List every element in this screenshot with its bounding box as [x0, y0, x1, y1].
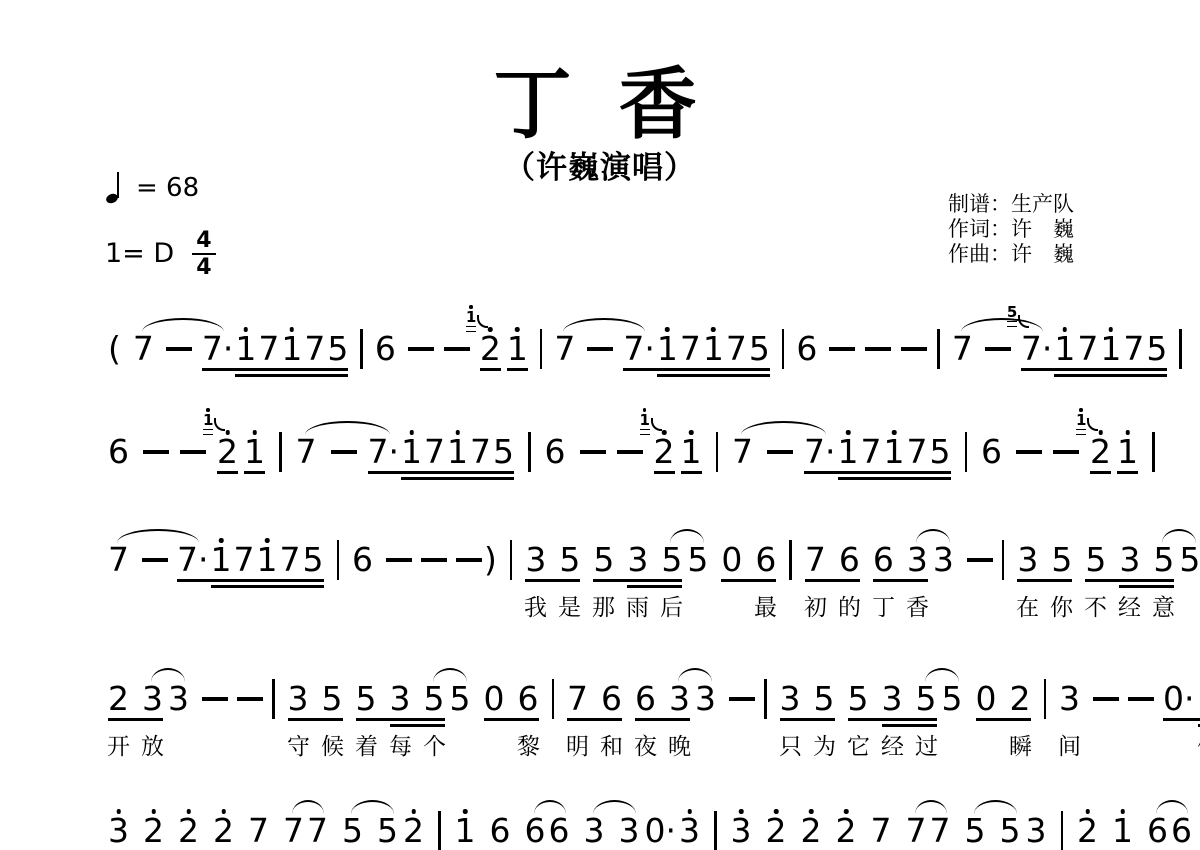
extension-dash: [1053, 435, 1079, 469]
slur-arc: [916, 529, 950, 543]
octave-dot: [662, 430, 667, 435]
barline: [1061, 811, 1064, 850]
note: 6: [490, 814, 511, 848]
time-signature-top: 4: [192, 229, 215, 255]
note: 5: [1146, 332, 1167, 366]
note: 21: [480, 332, 501, 366]
slur-arc: [961, 318, 1044, 332]
slur-arc: [351, 800, 394, 814]
beam-underline: [635, 718, 690, 721]
lyric-syllable: 候: [321, 728, 344, 761]
note: 7: [470, 435, 491, 469]
note: 3: [288, 682, 309, 716]
note: 2: [178, 814, 199, 848]
beam-underline: [211, 585, 324, 588]
octave-dot: [774, 809, 779, 814]
octave-dot: [1098, 430, 1103, 435]
note: 1: [211, 543, 232, 577]
lyric-syllable: 放: [141, 728, 164, 761]
note: 3: [933, 543, 954, 577]
lyric-syllable: 黎: [517, 728, 540, 761]
beam-underline: [1163, 718, 1200, 721]
note: 3: [679, 814, 700, 848]
extension-dash: [444, 332, 470, 366]
credit-line-lyricist: 作词：许 巍: [948, 217, 1074, 242]
barline: [528, 432, 531, 472]
note: 3: [168, 682, 189, 716]
lyric-syllable: 过: [915, 728, 938, 761]
beam-underline: [873, 579, 928, 582]
note: 0: [484, 682, 505, 716]
note: 0: [721, 543, 742, 577]
note: 7: [1123, 332, 1144, 366]
beam-underline: [507, 368, 528, 371]
note: 5: [1085, 543, 1106, 577]
note: 1: [235, 332, 256, 366]
note: 3: [1017, 543, 1038, 577]
lyric-syllable: 是: [558, 589, 581, 622]
note: 7: [726, 332, 747, 366]
octave-dot: [221, 809, 226, 814]
time-signature: 4 4: [192, 229, 215, 279]
beam-underline: [244, 471, 265, 474]
extension-dash: [202, 682, 228, 716]
slur-arc: [1156, 800, 1188, 814]
extension-dash: [331, 435, 357, 469]
note: 1: [703, 332, 724, 366]
beam-underline: [1090, 471, 1111, 474]
note: 5: [814, 682, 835, 716]
note: 0: [976, 682, 997, 716]
lyric-syllable: 丁: [872, 589, 895, 622]
lyric-syllable: 你: [1050, 589, 1073, 622]
octave-dot: [739, 809, 744, 814]
note: 7: [424, 435, 445, 469]
beam-underline: [780, 718, 835, 721]
note: 6: [518, 682, 539, 716]
lyric-syllable: 只: [779, 728, 802, 761]
beam-underline: [1085, 579, 1174, 582]
lyric-syllable: 最: [754, 589, 777, 622]
beam-underline: [202, 368, 348, 371]
note: 7: [296, 435, 317, 469]
note: 3: [907, 543, 928, 577]
note: 5: [1179, 543, 1200, 577]
note: 5: [1051, 543, 1072, 577]
note: 7: [234, 543, 255, 577]
note: 2: [766, 814, 787, 848]
note: 21: [1090, 435, 1111, 469]
beam-underline: [721, 579, 776, 582]
octave-dot: [411, 809, 416, 814]
note: 6: [549, 814, 570, 848]
note: 3: [1119, 543, 1140, 577]
extension-dash: [142, 543, 168, 577]
note: 6: [1171, 814, 1192, 848]
note: 2: [143, 814, 164, 848]
octave-dot: [892, 430, 897, 435]
note: 7·: [202, 332, 234, 366]
beam-underline: [484, 718, 539, 721]
slur-arc: [915, 800, 947, 814]
beam-underline: [567, 718, 622, 721]
beam-underline: [217, 471, 238, 474]
note: 6: [635, 682, 656, 716]
grace-note: 1: [466, 305, 476, 332]
extension-dash: [617, 435, 643, 469]
octave-dot: [252, 430, 257, 435]
octave-dot: [515, 327, 520, 332]
note: 7·: [368, 435, 400, 469]
barline: [540, 329, 543, 369]
note: 6: [601, 682, 622, 716]
beam-underline: [976, 718, 1031, 721]
note: 7: [248, 814, 269, 848]
beam-underline: [627, 585, 682, 588]
grace-note: 1: [640, 408, 650, 435]
note: 1: [838, 435, 859, 469]
beam-underline: [804, 471, 951, 474]
lyric-syllable: 着: [355, 728, 378, 761]
note: 7: [732, 435, 753, 469]
octave-dot: [689, 430, 694, 435]
note: 5: [424, 682, 445, 716]
note: 7: [930, 814, 951, 848]
extension-dash: [1093, 682, 1119, 716]
note: 21: [217, 435, 238, 469]
beam-underline: [681, 471, 702, 474]
note: 5: [848, 682, 869, 716]
note: 1: [1112, 814, 1133, 848]
note: 1: [657, 332, 678, 366]
lyric-syllable: 我: [524, 589, 547, 622]
octave-dot: [1063, 327, 1068, 332]
slur-arc: [433, 668, 467, 682]
grace-hook: [651, 418, 662, 431]
credits-block: 制谱：生产队 作词：许 巍 作曲：许 巍: [948, 192, 1074, 267]
note: 6: [545, 435, 566, 469]
octave-dot: [844, 809, 849, 814]
barline: [272, 679, 275, 719]
note: 1: [257, 543, 278, 577]
time-signature-bottom: 4: [196, 255, 211, 279]
song-title: 丁 香: [0, 42, 1200, 154]
grace-hook: [1087, 418, 1098, 431]
note: 5: [493, 435, 514, 469]
barline: [937, 329, 940, 369]
octave-dot: [1109, 327, 1114, 332]
extension-dash: [166, 332, 192, 366]
note: 1: [1117, 435, 1138, 469]
note: 7: [283, 814, 304, 848]
barline: [279, 432, 282, 472]
note: 7: [280, 543, 301, 577]
barline: [714, 811, 717, 850]
note: 6: [525, 814, 546, 848]
lyric-syllable: 守: [287, 728, 310, 761]
extension-dash: [767, 435, 793, 469]
octave-dot: [409, 430, 414, 435]
note: 0·: [1163, 682, 1195, 716]
notation-line-4: 23335535506766333553550230·3开放守候着每个黎明和夜晚…: [108, 682, 1200, 716]
slur-arc: [925, 668, 959, 682]
extension-dash: [1128, 682, 1154, 716]
note: 2: [801, 814, 822, 848]
beam-underline: [177, 579, 324, 582]
lyric-syllable: 香: [906, 589, 929, 622]
note: 2: [836, 814, 857, 848]
note: 21: [654, 435, 675, 469]
note: 7·: [177, 543, 209, 577]
extension-dash: [967, 543, 993, 577]
lyric-syllable: 为: [813, 728, 836, 761]
octave-dot: [809, 809, 814, 814]
note: 5: [1153, 543, 1174, 577]
slur-arc: [741, 421, 827, 435]
note: 1: [1054, 332, 1075, 366]
note: 3: [627, 543, 648, 577]
lyric-syllable: 意: [1152, 589, 1175, 622]
lyric-syllable: 后: [660, 589, 683, 622]
octave-dot: [665, 327, 670, 332]
barline: [1002, 540, 1005, 580]
beam-underline: [368, 471, 514, 474]
slur-arc: [670, 529, 704, 543]
note: 7: [861, 435, 882, 469]
note: 3: [1026, 814, 1047, 848]
beam-underline: [1017, 579, 1072, 582]
beam-underline: [838, 477, 951, 480]
note: 3: [669, 682, 690, 716]
lyric-syllable: 瞬: [1009, 728, 1032, 761]
notation-line-2: 621177·17175621177·171756211: [108, 435, 1155, 469]
extension-dash: [1016, 435, 1042, 469]
beam-underline: [390, 724, 445, 727]
octave-dot: [265, 538, 270, 543]
barline: [764, 679, 767, 719]
paren: (: [108, 332, 121, 366]
note: 5: [356, 682, 377, 716]
octave-dot: [687, 809, 692, 814]
note: 7: [1077, 332, 1098, 366]
key-signature: 1= D 4 4: [105, 228, 216, 278]
note: 6: [375, 332, 396, 366]
lyric-syllable: 每: [389, 728, 412, 761]
lyric-syllable: 晚: [668, 728, 691, 761]
note: 6: [873, 543, 894, 577]
note: 5: [965, 814, 986, 848]
note: 5: [942, 682, 963, 716]
beam-underline: [288, 718, 343, 721]
extension-dash: [456, 543, 482, 577]
note: 6: [108, 435, 129, 469]
note: 7: [680, 332, 701, 366]
octave-dot: [846, 430, 851, 435]
note: 7·: [804, 435, 836, 469]
lyric-syllable: 那: [592, 589, 615, 622]
note: 5: [327, 332, 348, 366]
note: 5: [749, 332, 770, 366]
note: 3: [780, 682, 801, 716]
note: 1: [401, 435, 422, 469]
octave-dot: [151, 809, 156, 814]
octave-dot: [463, 809, 468, 814]
beam-underline: [657, 374, 770, 377]
note: 3: [584, 814, 605, 848]
slur-arc: [563, 318, 646, 332]
sheet-music-page: 丁 香 （许巍演唱） = 68 1= D 4 4 制谱：生产队 作词：许 巍 作…: [0, 0, 1200, 850]
barline: [782, 329, 785, 369]
note: 3: [108, 814, 129, 848]
slur-arc: [305, 421, 391, 435]
octave-dot: [116, 809, 121, 814]
note: 5: [661, 543, 682, 577]
lyric-syllable: 和: [600, 728, 623, 761]
note: 1: [455, 814, 476, 848]
grace-hook: [477, 315, 488, 328]
beam-underline: [848, 718, 937, 721]
extension-dash: [386, 543, 412, 577]
extension-dash: [143, 435, 169, 469]
extension-dash: [729, 682, 755, 716]
extension-dash: [180, 435, 206, 469]
note: 2: [1010, 682, 1031, 716]
barline: [716, 432, 719, 472]
lyric-syllable: 雨: [626, 589, 649, 622]
octave-dot: [219, 538, 224, 543]
slur-arc: [142, 318, 225, 332]
note: 7: [805, 543, 826, 577]
note: 1: [244, 435, 265, 469]
tempo-marking: = 68: [106, 172, 199, 203]
note: 5: [593, 543, 614, 577]
note: 7: [907, 435, 928, 469]
note: 5: [342, 814, 363, 848]
note: 3: [390, 682, 411, 716]
beam-underline: [1119, 585, 1174, 588]
beam-underline: [805, 579, 860, 582]
note: 6: [839, 543, 860, 577]
barline: [1179, 329, 1182, 369]
note: 1: [281, 332, 302, 366]
note: 6: [1147, 814, 1168, 848]
octave-dot: [1125, 430, 1130, 435]
extension-dash: [237, 682, 263, 716]
tempo-value: = 68: [136, 173, 199, 203]
beam-underline: [356, 718, 445, 721]
note: 5: [303, 543, 324, 577]
note: 6: [981, 435, 1002, 469]
note: 7: [554, 332, 575, 366]
octave-dot: [244, 327, 249, 332]
note: 1: [447, 435, 468, 469]
quarter-note-icon: [106, 172, 120, 203]
grace-hook: [214, 418, 225, 431]
octave-dot: [225, 430, 230, 435]
octave-dot: [186, 809, 191, 814]
extension-dash: [421, 543, 447, 577]
note: 3: [731, 814, 752, 848]
lyric-syllable: 在: [1016, 589, 1039, 622]
note: 2: [108, 682, 129, 716]
barline: [1152, 432, 1155, 472]
barline: [789, 540, 792, 580]
beam-underline: [654, 471, 675, 474]
lyric-syllable: 初: [804, 589, 827, 622]
note: 6: [755, 543, 776, 577]
barline: [510, 540, 513, 580]
slur-arc: [1162, 529, 1196, 543]
beam-underline: [108, 718, 163, 721]
beam-underline: [401, 477, 514, 480]
slur-arc: [117, 529, 200, 543]
barline: [337, 540, 340, 580]
grace-note: 1: [1076, 408, 1086, 435]
note: 3: [695, 682, 716, 716]
beam-underline: [480, 368, 501, 371]
lyric-syllable: 经: [1118, 589, 1141, 622]
beam-underline: [1021, 368, 1167, 371]
lyric-syllable: 开: [107, 728, 130, 761]
note: 7: [304, 332, 325, 366]
slur-arc: [593, 800, 636, 814]
note: 5: [916, 682, 937, 716]
extension-dash: [865, 332, 891, 366]
note: 2: [1077, 814, 1098, 848]
note: 0·: [645, 814, 677, 848]
slur-arc: [292, 800, 324, 814]
note: 7·: [623, 332, 655, 366]
key-label: 1= D: [105, 238, 174, 269]
octave-dot: [1120, 809, 1125, 814]
note: 7: [108, 543, 129, 577]
note: 7: [133, 332, 154, 366]
lyric-syllable: 间: [1058, 728, 1081, 761]
note: 7: [307, 814, 328, 848]
octave-dot: [711, 327, 716, 332]
barline: [965, 432, 968, 472]
beam-underline: [882, 724, 937, 727]
note: 7: [906, 814, 927, 848]
beam-underline: [593, 579, 682, 582]
extension-dash: [901, 332, 927, 366]
lyric-syllable: 不: [1084, 589, 1107, 622]
note: 2: [213, 814, 234, 848]
note: 6: [352, 543, 373, 577]
note: 5: [687, 543, 708, 577]
paren: ): [484, 543, 497, 577]
slur-arc: [678, 668, 712, 682]
note: 2: [403, 814, 424, 848]
lyric-syllable: 明: [566, 728, 589, 761]
lyric-syllable: 的: [838, 589, 861, 622]
note: 6: [796, 332, 817, 366]
note: 3: [882, 682, 903, 716]
beam-underline: [623, 368, 770, 371]
note: 5: [930, 435, 951, 469]
extension-dash: [587, 332, 613, 366]
octave-dot: [1085, 809, 1090, 814]
note: 1: [681, 435, 702, 469]
beam-underline: [1117, 471, 1138, 474]
barline: [360, 329, 363, 369]
beam-underline: [1054, 374, 1167, 377]
octave-dot: [488, 327, 493, 332]
lyric-syllable: 它: [847, 728, 870, 761]
octave-dot: [290, 327, 295, 332]
note: 3: [619, 814, 640, 848]
note: 7·5: [1021, 332, 1053, 366]
